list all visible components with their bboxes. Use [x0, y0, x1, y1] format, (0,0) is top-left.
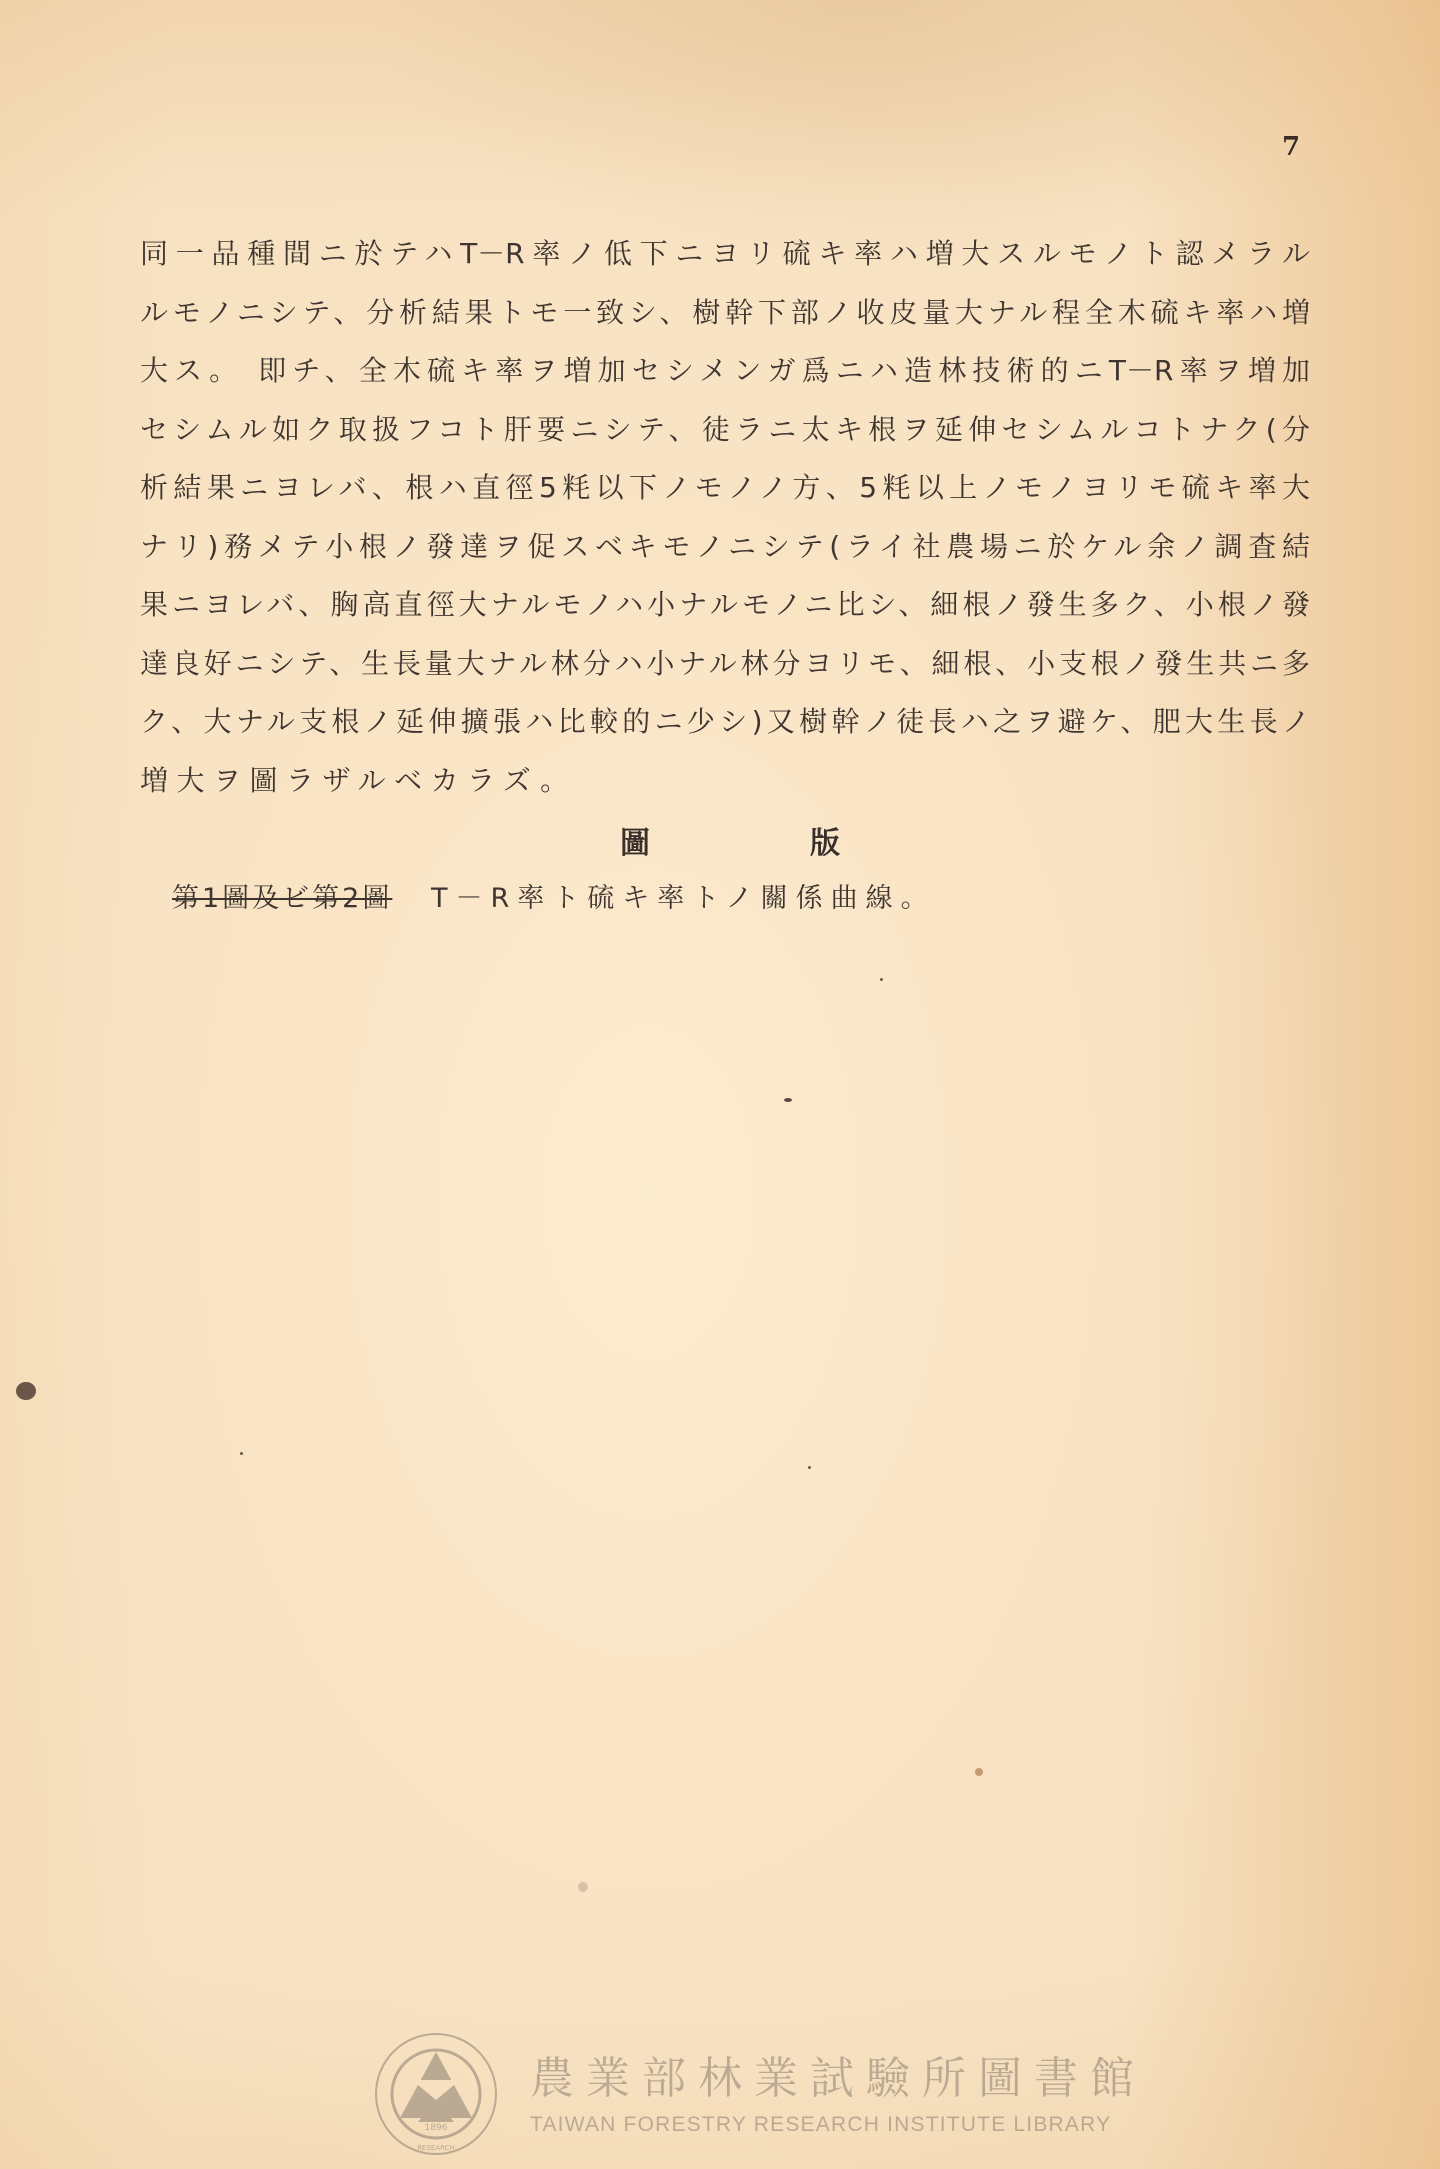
page-number: 7 [1282, 132, 1300, 162]
text-line-last: 増大ヲ圖ラザルベカラズ。 [140, 759, 1310, 818]
body-paragraph: 同一品種間ニ於テハT－R率ノ低下ニヨリ硫キ率ハ増大スルモノト認メラル ルモノニシ… [140, 232, 1310, 817]
text-line: 同一品種間ニ於テハT－R率ノ低下ニヨリ硫キ率ハ増大スルモノト認メラル [140, 232, 1310, 291]
text-line: 大ス。 即チ、全木硫キ率ヲ増加セシメンガ爲ニハ造林技術的ニT－R率ヲ増加 [140, 349, 1310, 408]
library-watermark: 1896 RESEARCH 農業部林業試驗所圖書館 TAIWAN FORESTR… [372, 2030, 1146, 2158]
text-line: ナリ)務メテ小根ノ發達ヲ促スベキモノニシテ(ライ社農場ニ於ケル余ノ調査結 [140, 525, 1310, 584]
paper-speck [784, 1098, 792, 1102]
watermark-name-english: TAIWAN FORESTRY RESEARCH INSTITUTE LIBRA… [530, 2113, 1146, 2137]
plates-heading-right: 版 [810, 818, 840, 862]
paper-speck [808, 1466, 811, 1469]
paper-speck [880, 978, 883, 981]
text-line: 果ニヨレバ、胸高直徑大ナルモノハ小ナルモノニ比シ、細根ノ發生多ク、小根ノ發 [140, 583, 1310, 642]
paper-speck [578, 1882, 588, 1892]
caption-title: T－R率ト硫キ率トノ關係曲線。 [431, 883, 936, 914]
text-line: セシムル如ク取扱フコト肝要ニシテ、徒ラニ太キ根ヲ延伸セシムルコトナク(分 [140, 408, 1310, 467]
text-line: ルモノニシテ、分析結果トモ一致シ、樹幹下部ノ收皮量大ナル程全木硫キ率ハ増 [140, 291, 1310, 350]
institute-seal-icon: 1896 RESEARCH [372, 2030, 500, 2158]
plates-heading-left: 圖 [620, 818, 650, 862]
watermark-name-chinese: 農業部林業試驗所圖書館 [530, 2051, 1146, 2107]
plates-heading: 圖 版 [620, 818, 840, 862]
ink-stain [16, 1382, 36, 1400]
plate-caption: 第1圖及ビ第2圖 T－R率ト硫キ率トノ關係曲線。 [172, 876, 936, 915]
svg-text:1896: 1896 [425, 2123, 448, 2133]
paper-speck [975, 1768, 983, 1776]
struck-figure-reference: 第1圖及ビ第2圖 [172, 883, 392, 914]
text-line: 析結果ニヨレバ、根ハ直徑5粍以下ノモノノ方、5粍以上ノモノヨリモ硫キ率大 [140, 466, 1310, 525]
text-line: ク、大ナル支根ノ延伸擴張ハ比較的ニ少シ)又樹幹ノ徒長ハ之ヲ避ケ、肥大生長ノ [140, 700, 1310, 759]
text-line: 達良好ニシテ、生長量大ナル林分ハ小ナル林分ヨリモ、細根、小支根ノ發生共ニ多 [140, 642, 1310, 701]
svg-text:RESEARCH: RESEARCH [417, 2144, 455, 2152]
paper-speck [240, 1452, 243, 1455]
